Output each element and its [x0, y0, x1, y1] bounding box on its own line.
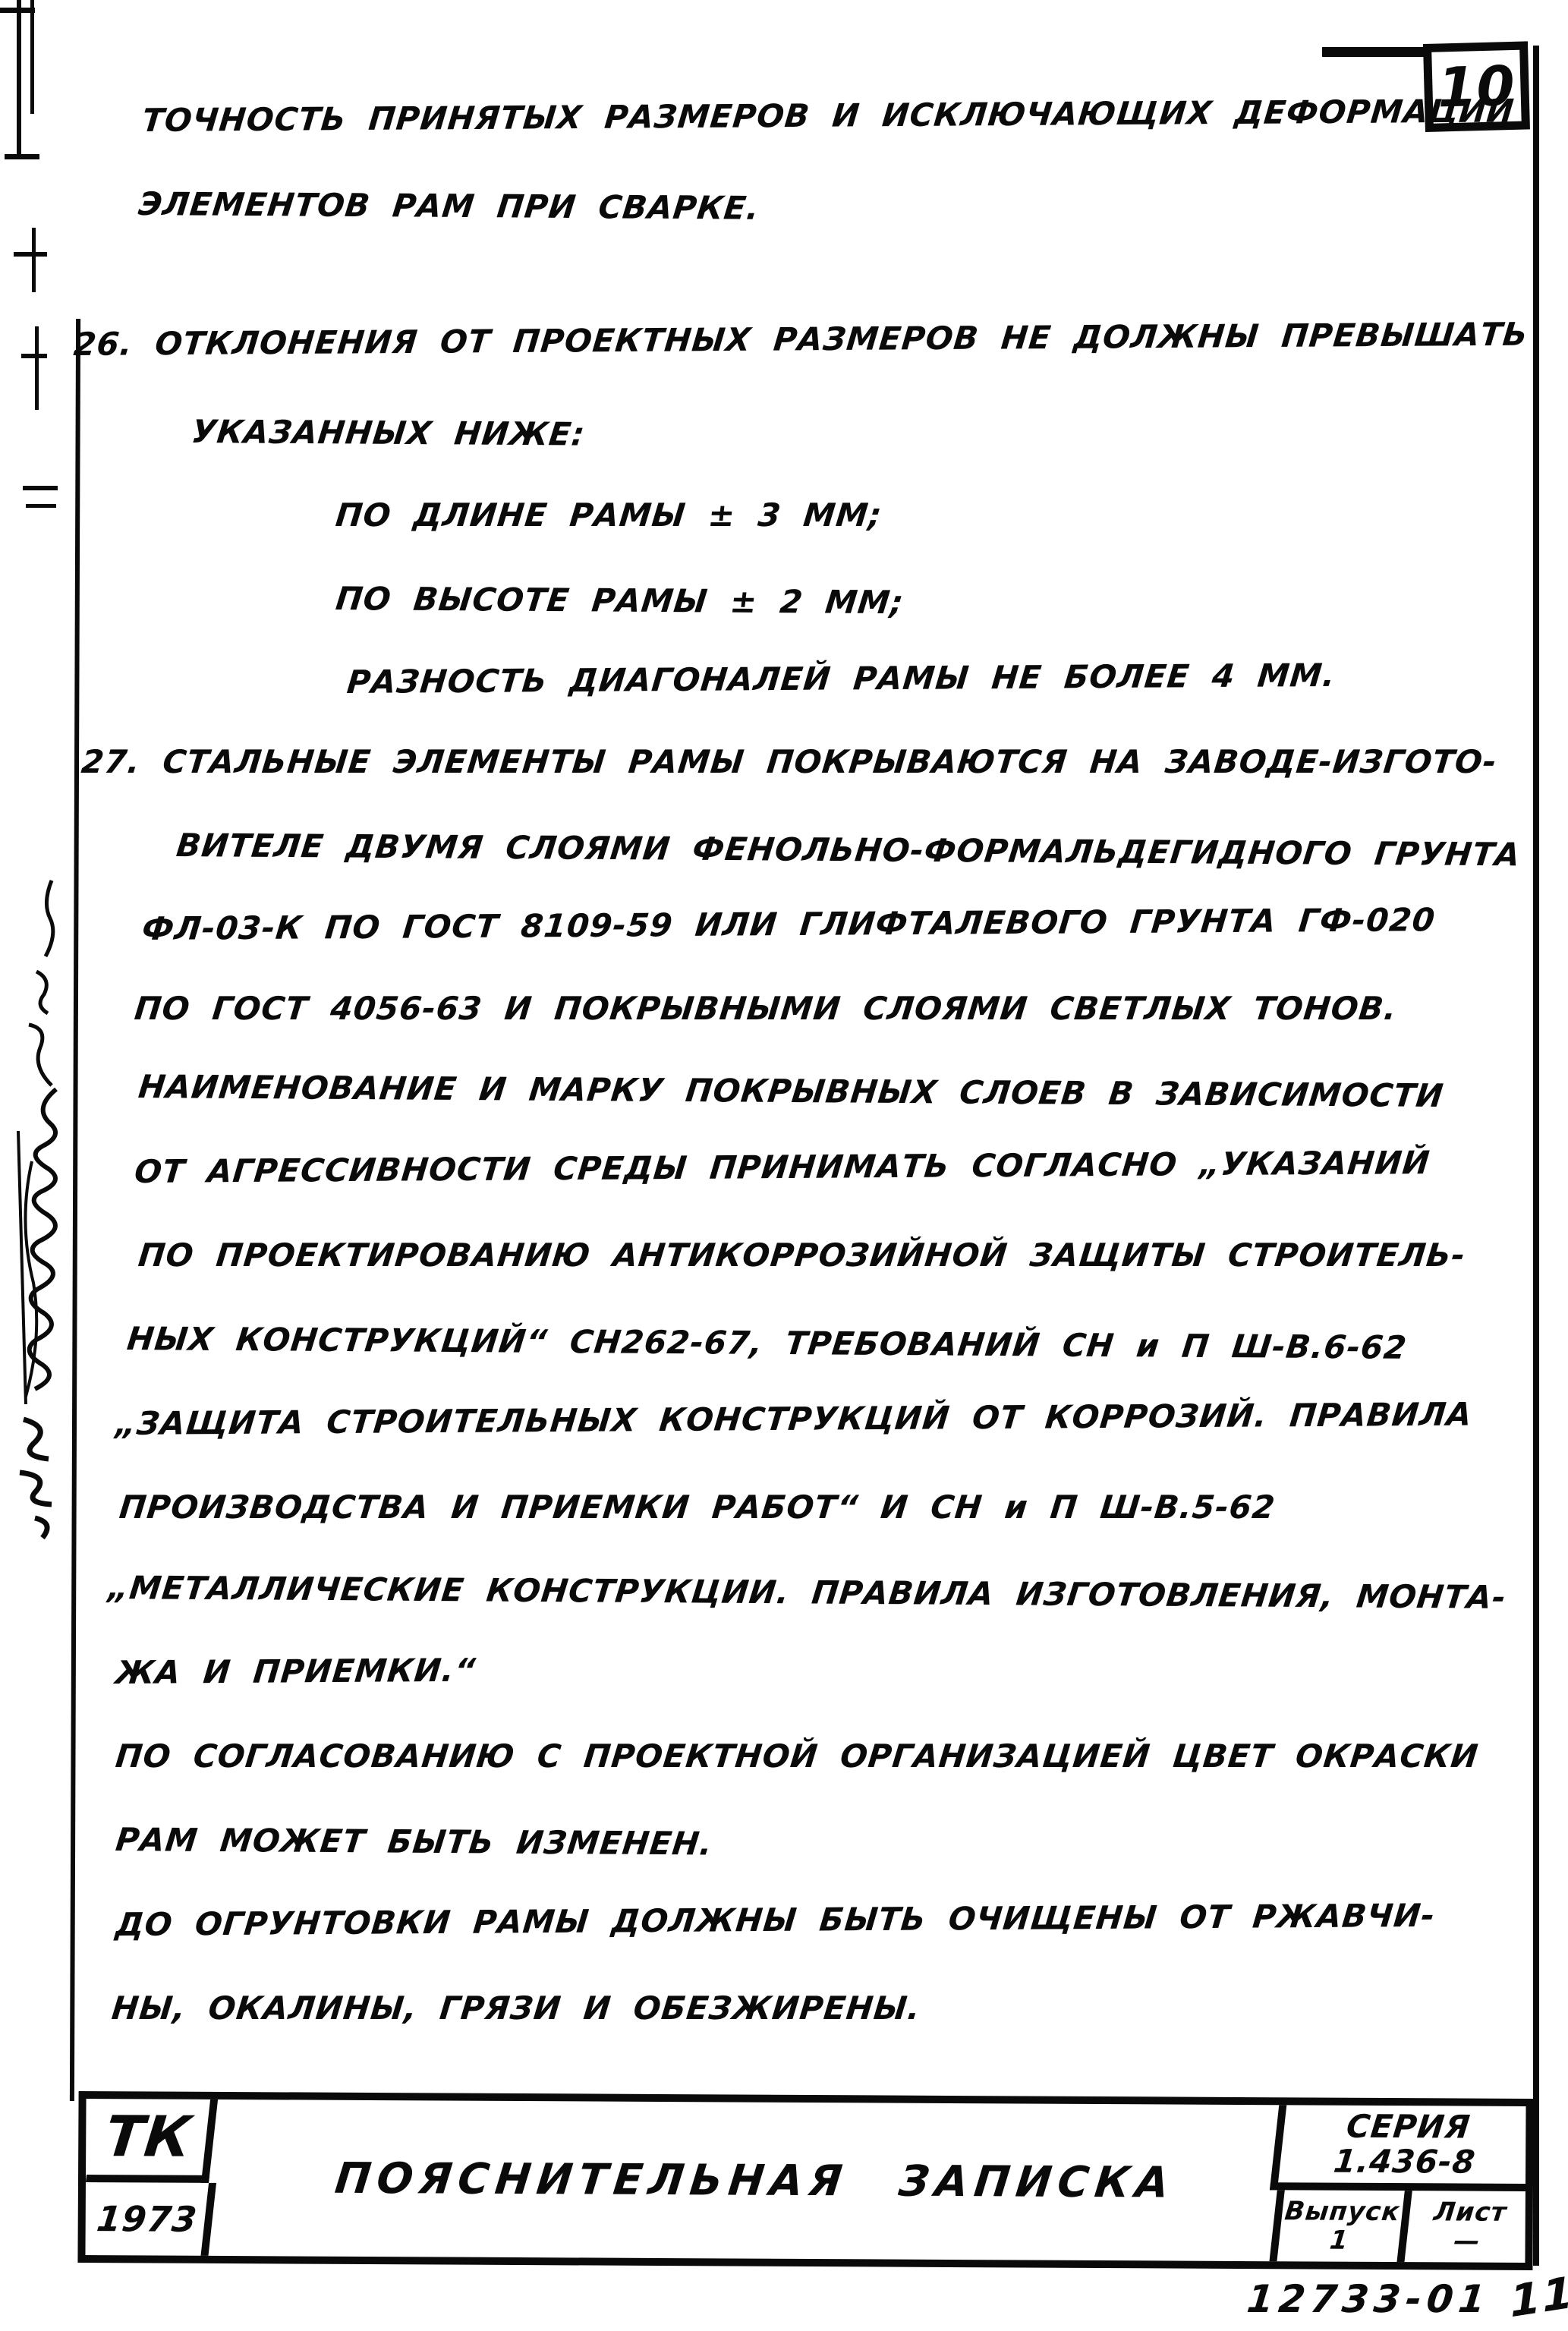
left-rule-top-a	[17, 0, 21, 156]
margin-stamp-scribble	[5, 1412, 77, 1548]
issue-label: Выпуск	[1283, 2197, 1402, 2226]
text-line: ПО ДЛИНЕ РАМЫ ± 3 ММ;	[334, 497, 884, 534]
text-line: НАИМЕНОВАНИЕ И МАРКУ ПОКРЫВНЫХ СЛОЕВ В З…	[137, 1069, 1446, 1114]
margin-annotation-scribble	[6, 873, 74, 1093]
left-tick-1	[5, 154, 39, 159]
margin-signature-scribble	[3, 1085, 75, 1404]
year-text: 1973	[95, 2198, 200, 2240]
document-code-number: 12733-01	[1245, 2277, 1492, 2321]
text-line: ЭЛЕМЕНТОВ РАМ ПРИ СВАРКЕ.	[137, 186, 761, 227]
pagebox-leader-rule	[1322, 47, 1428, 57]
sheet-cell: Лист —	[1396, 2191, 1532, 2263]
right-border	[1533, 46, 1539, 2266]
left-rule-top-b	[30, 0, 34, 114]
left-tick-4	[23, 486, 58, 490]
org-logo-text: ТК	[102, 2104, 194, 2170]
handwritten-sheet-number: 11	[1509, 2266, 1568, 2327]
series-number: 1.436-8	[1332, 2144, 1478, 2180]
series-label: СЕРИЯ	[1345, 2109, 1472, 2145]
scanned-document-page: 10 ТОЧНОСТЬ ПРИНЯТЫХ РАЗМЕРОВ И ИСКЛЮЧАЮ…	[0, 0, 1568, 2331]
text-line: ПО СОГЛАСОВАНИЮ С ПРОЕКТНОЙ ОРГАНИЗАЦИЕЙ…	[114, 1738, 1480, 1775]
text-line: УКАЗАННЫХ НИЖЕ:	[190, 414, 587, 453]
text-line: ДО ОГРУНТОВКИ РАМЫ ДОЛЖНЫ БЫТЬ ОЧИЩЕНЫ О…	[114, 1898, 1437, 1943]
text-line: „МЕТАЛЛИЧЕСКИЕ КОНСТРУКЦИИ. ПРАВИЛА ИЗГО…	[106, 1570, 1508, 1616]
issue-value: 1	[1328, 2226, 1350, 2255]
text-line: ОТ АГРЕССИВНОСТИ СРЕДЫ ПРИНИМАТЬ СОГЛАСН…	[133, 1145, 1431, 1190]
document-title: ПОЯСНИТЕЛЬНАЯ ЗАПИСКА	[332, 2153, 1177, 2207]
issue-cell: Выпуск 1	[1269, 2190, 1404, 2262]
text-line: ПРОИЗВОДСТВА И ПРИЕМКИ РАБОТ“ И СН и П Ш…	[118, 1489, 1277, 1526]
text-line: 27. СТАЛЬНЫЕ ЭЛЕМЕНТЫ РАМЫ ПОКРЫВАЮТСЯ Н…	[80, 744, 1499, 780]
document-code: 12733-0111	[1245, 2271, 1568, 2323]
text-line: РАМ МОЖЕТ БЫТЬ ИЗМЕНЕН.	[114, 1822, 715, 1862]
sheet-label: Лист	[1432, 2197, 1508, 2226]
text-line: ВИТЕЛЕ ДВУМЯ СЛОЯМИ ФЕНОЛЬНО-ФОРМАЛЬДЕГИ…	[175, 827, 1522, 873]
text-line: НЫ, ОКАЛИНЫ, ГРЯЗИ И ОБЕЗЖИРЕНЫ.	[110, 1990, 922, 2027]
text-line: ФЛ-03-К ПО ГОСТ 8109-59 ИЛИ ГЛИФТАЛЕВОГО…	[140, 902, 1437, 947]
text-line: ПО ПРОЕКТИРОВАНИЮ АНТИКОРРОЗИЙНОЙ ЗАЩИТЫ…	[137, 1237, 1467, 1274]
year-cell: 1973	[85, 2182, 216, 2256]
text-line: „ЗАЩИТА СТРОИТЕЛЬНЫХ КОНСТРУКЦИЙ ОТ КОРР…	[114, 1397, 1474, 1442]
text-line: ЖА И ПРИЕМКИ.“	[114, 1652, 477, 1691]
title-block: ТК 1973 ПОЯСНИТЕЛЬНАЯ ЗАПИСКА СЕРИЯ 1.43…	[77, 2091, 1533, 2270]
text-line: РАЗНОСТЬ ДИАГОНАЛЕЙ РАМЫ НЕ БОЛЕЕ 4 ММ.	[345, 657, 1337, 701]
left-tick-5	[26, 504, 56, 508]
text-line: ТОЧНОСТЬ ПРИНЯТЫХ РАЗМЕРОВ И ИСКЛЮЧАЮЩИХ…	[140, 93, 1516, 139]
text-line: ПО ГОСТ 4056-63 И ПОКРЫВНЫМИ СЛОЯМИ СВЕТ…	[133, 991, 1399, 1027]
left-tick-3	[21, 354, 47, 358]
text-line: НЫХ КОНСТРУКЦИЙ“ СН262-67, ТРЕБОВАНИЙ СН…	[125, 1321, 1409, 1366]
text-line: ПО ВЫСОТЕ РАМЫ ± 2 ММ;	[334, 581, 906, 621]
org-logo: ТК	[86, 2099, 218, 2183]
text-line: 26. ОТКЛОНЕНИЯ ОТ ПРОЕКТНЫХ РАЗМЕРОВ НЕ …	[72, 317, 1530, 363]
series-cell: СЕРИЯ 1.436-8	[1270, 2105, 1535, 2191]
left-rule-seg-2	[35, 326, 39, 410]
document-title-cell: ПОЯСНИТЕЛЬНАЯ ЗАПИСКА	[208, 2099, 1302, 2261]
sheet-value: —	[1452, 2226, 1481, 2255]
left-tick-2	[14, 252, 47, 257]
left-rule-seg-1	[32, 228, 36, 292]
